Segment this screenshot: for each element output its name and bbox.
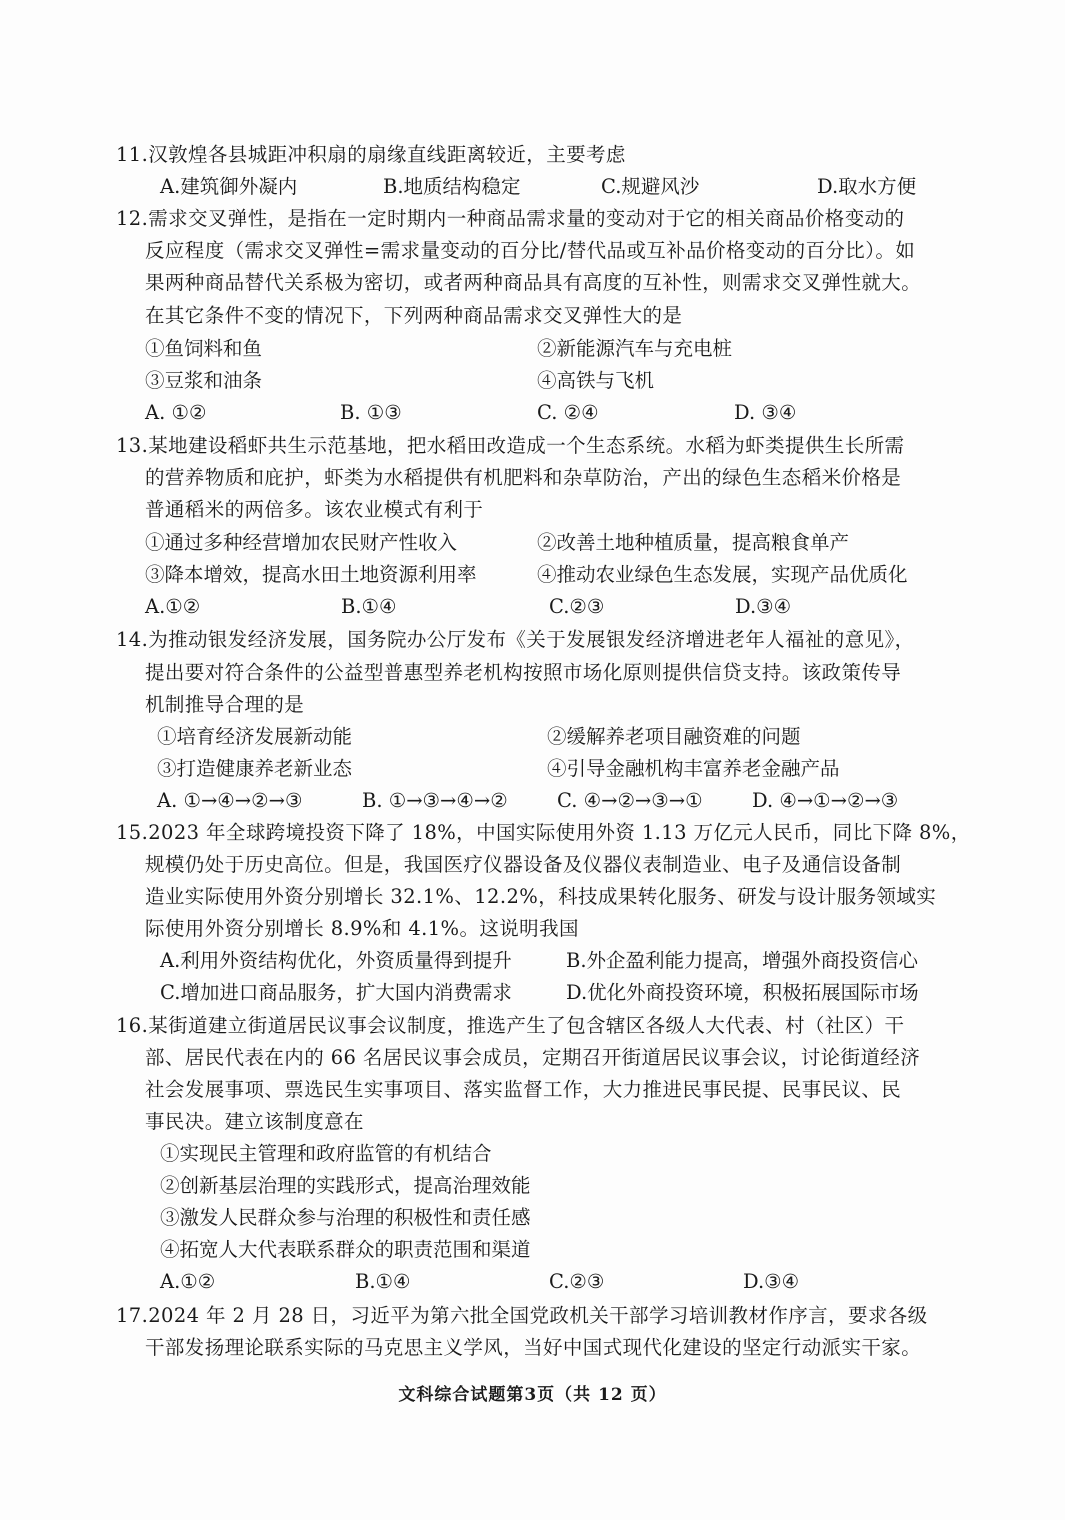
q11-choice-a: A.建筑御外凝内 (160, 171, 297, 203)
q12-choice-a: A. ①② (145, 397, 206, 429)
q14-choice-d: D. ④→①→②→③ (752, 785, 898, 817)
q14-stem-line-3: 机制推导合理的是 (145, 689, 304, 721)
q12-item-3: ③豆浆和油条 (145, 365, 262, 397)
q12-stem-line-1: 12.需求交叉弹性，是指在一定时期内一种商品需求量的变动对于它的相关商品价格变动… (116, 203, 904, 235)
q16-item-1: ①实现民主管理和政府监管的有机结合 (160, 1138, 492, 1170)
q16-item-4: ④拓宽人大代表联系群众的职责范围和渠道 (160, 1234, 531, 1266)
q16-stem-line-1: 16.某街道建立街道居民议事会议制度，推选产生了包含辖区各级人大代表、村（社区）… (116, 1010, 904, 1042)
q11-choice-c: C.规避风沙 (601, 171, 699, 203)
q15-stem-line-2: 规模仍处于历史高位。但是，我国医疗仪器设备及仪器仪表制造业、电子及通信设备制 (145, 849, 901, 881)
q13-choice-c: C.②③ (549, 591, 604, 623)
q16-choice-d: D.③④ (743, 1266, 799, 1298)
q12-item-1: ①鱼饲料和鱼 (145, 333, 262, 365)
q16-stem-line-4: 事民决。建立该制度意在 (145, 1106, 364, 1138)
q12-choice-c: C. ②④ (537, 397, 599, 429)
q12-stem-line-2: 反应程度（需求交叉弹性=需求量变动的百分比/替代品或互补品价格变动的百分比）。如 (145, 235, 915, 267)
q11-choice-b: B.地质结构稳定 (383, 171, 521, 203)
q15-choice-a: A.利用外资结构优化，外资质量得到提升 (160, 945, 512, 977)
q13-stem-line-1: 13.某地建设稻虾共生示范基地，把水稻田改造成一个生态系统。水稻为虾类提供生长所… (116, 430, 904, 462)
q14-choice-c: C. ④→②→③→① (557, 785, 703, 817)
q14-stem-line-1: 14.为推动银发经济发展，国务院办公厅发布《关于发展银发经济增进老年人福祉的意见… (116, 624, 915, 656)
q12-stem-line-3: 果两种商品替代关系极为密切，或者两种商品具有高度的互补性，则需求交叉弹性就大。 (145, 267, 921, 299)
q11-stem: 11.汉敦煌各县城距冲积扇的扇缘直线距离较近，主要考虑 (116, 139, 626, 171)
q14-item-1: ①培育经济发展新动能 (157, 721, 352, 753)
q13-choice-a: A.①② (145, 591, 200, 623)
q13-stem-line-2: 的营养物质和庇护，虾类为水稻提供有机肥料和杂草防治，产出的绿色生态稻米价格是 (145, 462, 901, 494)
q16-item-3: ③激发人民群众参与治理的积极性和责任感 (160, 1202, 531, 1234)
page-footer: 文科综合试题第3页（共 12 页） (0, 1380, 1065, 1405)
q14-item-3: ③打造健康养老新业态 (157, 753, 352, 785)
q16-stem-line-2: 部、居民代表在内的 66 名居民议事会成员，定期召开街道居民议事会议，讨论街道经… (145, 1042, 920, 1074)
q15-stem-line-4: 际使用外资分别增长 8.9%和 4.1%。这说明我国 (145, 913, 579, 945)
q13-stem-line-3: 普通稻米的两倍多。该农业模式有利于 (145, 494, 483, 526)
q13-item-3: ③降本增效，提高水田土地资源利用率 (145, 559, 477, 591)
q16-stem-line-3: 社会发展事项、票选民生实事项目、落实监督工作，大力推进民事民提、民事民议、民 (145, 1074, 901, 1106)
q16-choice-c: C.②③ (549, 1266, 604, 1298)
q14-choice-a: A. ①→④→②→③ (157, 785, 302, 817)
q14-item-4: ④引导金融机构丰富养老金融产品 (547, 753, 840, 785)
q15-choice-c: C.增加进口商品服务，扩大国内消费需求 (160, 977, 512, 1009)
q12-stem-line-4: 在其它条件不变的情况下，下列两种商品需求交叉弹性大的是 (145, 300, 682, 332)
q17-stem-line-1: 17.2024 年 2 月 28 日，习近平为第六批全国党政机关干部学习培训教材… (116, 1300, 928, 1332)
q14-choice-b: B. ①→③→④→② (362, 785, 508, 817)
q16-choice-b: B.①④ (355, 1266, 411, 1298)
q16-choice-a: A.①② (160, 1266, 215, 1298)
q12-item-2: ②新能源汽车与充电桩 (537, 333, 732, 365)
q13-choice-d: D.③④ (735, 591, 791, 623)
q13-item-1: ①通过多种经营增加农民财产性收入 (145, 527, 457, 559)
q12-item-4: ④高铁与飞机 (537, 365, 654, 397)
q12-choice-b: B. ①③ (340, 397, 402, 429)
exam-page: 11.汉敦煌各县城距冲积扇的扇缘直线距离较近，主要考虑 A.建筑御外凝内 B.地… (0, 0, 1065, 1520)
q11-choice-d: D.取水方便 (817, 171, 916, 203)
q17-stem-line-2: 干部发扬理论联系实际的马克思主义学风，当好中国式现代化建设的坚定行动派实干家。 (145, 1332, 921, 1364)
q13-item-4: ④推动农业绿色生态发展，实现产品优质化 (537, 559, 908, 591)
q16-item-2: ②创新基层治理的实践形式，提高治理效能 (160, 1170, 531, 1202)
q14-stem-line-2: 提出要对符合条件的公益型普惠型养老机构按照市场化原则提供信贷支持。该政策传导 (145, 657, 901, 689)
q15-choice-d: D.优化外商投资环境，积极拓展国际市场 (566, 977, 919, 1009)
q13-item-2: ②改善土地种植质量，提高粮食单产 (537, 527, 849, 559)
q15-stem-line-1: 15.2023 年全球跨境投资下降了 18%，中国实际使用外资 1.13 万亿元… (116, 817, 971, 849)
q15-stem-line-3: 造业实际使用外资分别增长 32.1%、12.2%，科技成果转化服务、研发与设计服… (145, 881, 936, 913)
q15-choice-b: B.外企盈利能力提高，增强外商投资信心 (566, 945, 918, 977)
q12-choice-d: D. ③④ (734, 397, 796, 429)
q14-item-2: ②缓解养老项目融资难的问题 (547, 721, 801, 753)
q13-choice-b: B.①④ (341, 591, 397, 623)
